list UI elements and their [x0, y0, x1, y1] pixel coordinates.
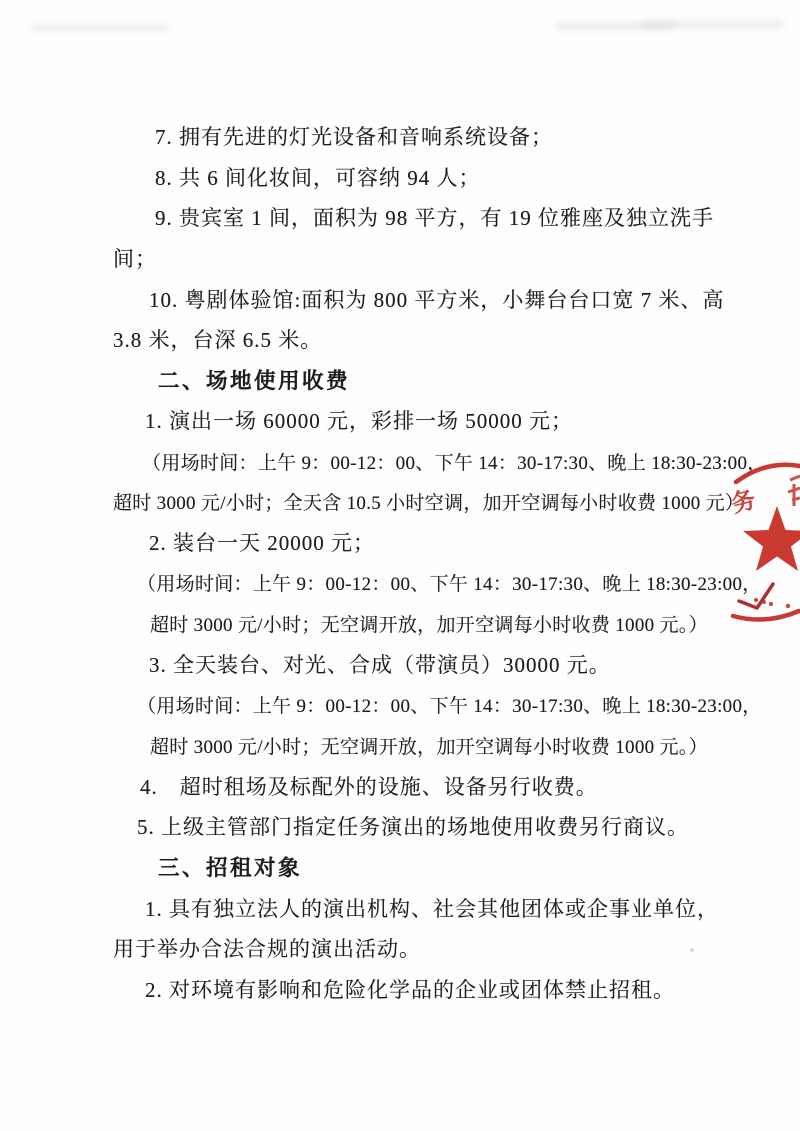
- list-item-wrap: 用于举办合法合规的演出活动。: [113, 928, 800, 969]
- note-line: 超时 3000 元/小时；全天含 10.5 小时空调，加开空调每小时收费 100…: [113, 481, 800, 522]
- list-item-wrap: 间；: [113, 238, 800, 279]
- list-item: 7. 拥有先进的灯光设备和音响系统设备；: [113, 116, 800, 157]
- list-item: 2. 装台一天 20000 元；: [113, 522, 800, 563]
- list-item: 4. 超时租场及标配外的设施、设备另行收费。: [113, 766, 800, 807]
- note-line: 超时 3000 元/小时；无空调开放，加开空调每小时收费 1000 元。）: [113, 603, 800, 644]
- scan-smudge: [640, 20, 785, 29]
- note-line: （用场时间：上午 9：00-12：00、下午 14：30-17:30、晚上 18…: [113, 684, 800, 725]
- note-line: （用场时间：上午 9：00-12：00、下午 14：30-17:30、晚上 18…: [113, 441, 800, 482]
- list-item: 2. 对环境有影响和危险化学品的企业或团体禁止招租。: [113, 968, 800, 1009]
- list-item: 9. 贵宾室 1 间，面积为 98 平方，有 19 位雅座及独立洗手: [113, 197, 800, 238]
- scan-smudge: [30, 24, 170, 31]
- list-item: 1. 具有独立法人的演出机构、社会其他团体或企事业单位，: [113, 887, 800, 928]
- section-heading: 二、场地使用收费: [113, 360, 800, 401]
- list-item-wrap: 3.8 米，台深 6.5 米。: [113, 319, 800, 360]
- document-body: 7. 拥有先进的灯光设备和音响系统设备； 8. 共 6 间化妆间，可容纳 94 …: [113, 116, 800, 1009]
- note-line: 超时 3000 元/小时；无空调开放，加开空调每小时收费 1000 元。）: [113, 725, 800, 766]
- list-item: 8. 共 6 间化妆间，可容纳 94 人；: [113, 157, 800, 198]
- document-page: 7. 拥有先进的灯光设备和音响系统设备； 8. 共 6 间化妆间，可容纳 94 …: [0, 0, 800, 1131]
- note-line: （用场时间：上午 9：00-12：00、下午 14：30-17:30、晚上 18…: [113, 563, 800, 604]
- list-item: 10. 粤剧体验馆:面积为 800 平方米，小舞台台口宽 7 米、高: [113, 278, 800, 319]
- list-item: 3. 全天装台、对光、合成（带演员）30000 元。: [113, 644, 800, 685]
- section-heading: 三、招租对象: [113, 847, 800, 888]
- list-item: 5. 上级主管部门指定任务演出的场地使用收费另行商议。: [113, 806, 800, 847]
- list-item: 1. 演出一场 60000 元，彩排一场 50000 元；: [113, 400, 800, 441]
